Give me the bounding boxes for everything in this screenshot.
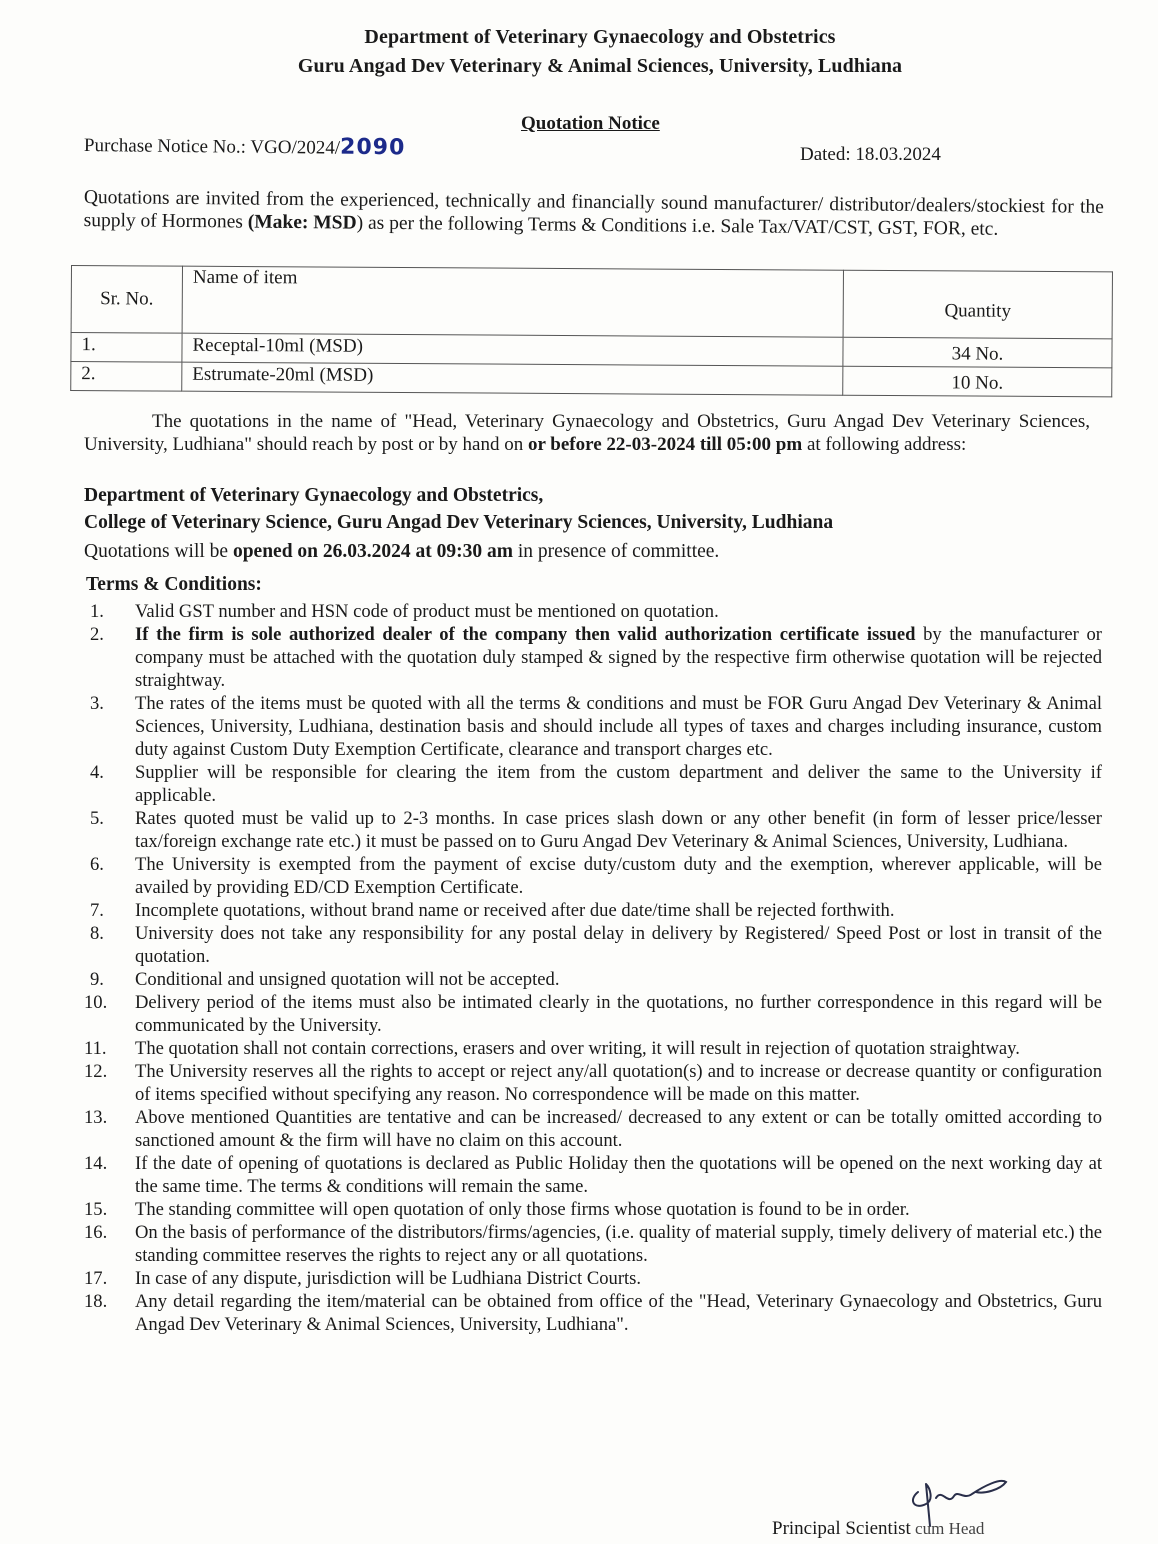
terms-item: 8.University does not take any responsib… (84, 922, 1102, 968)
opening-text-end: in presence of committee. (513, 541, 719, 562)
submission-text-end: at following address: (802, 434, 966, 455)
terms-item-number: 4. (90, 761, 104, 784)
terms-item-text: Above mentioned Quantities are tentative… (135, 1107, 1102, 1151)
terms-item-text: If the date of opening of quotations is … (135, 1153, 1102, 1197)
opening-date-time: opened on 26.03.2024 at 09:30 am (233, 541, 513, 562)
signatory-main: Principal Scientist (772, 1518, 911, 1539)
terms-item: 9.Conditional and unsigned quotation wil… (84, 968, 1102, 991)
table-row: 2. Estrumate-20ml (MSD) 10 No. (71, 362, 1112, 397)
terms-item-text: Delivery period of the items must also b… (135, 992, 1102, 1036)
intro-make-bold: (Make: MSD (248, 212, 357, 234)
opening-statement: Quotations will be opened on 26.03.2024 … (84, 541, 719, 563)
terms-item: 6.The University is exempted from the pa… (84, 853, 1102, 899)
terms-item: 1.Valid GST number and HSN code of produ… (84, 600, 1102, 623)
terms-item: 13.Above mentioned Quantities are tentat… (84, 1106, 1102, 1152)
terms-item-number: 15. (84, 1198, 107, 1221)
intro-text-end: ) as per the following Terms & Condition… (357, 213, 999, 240)
terms-item: 7.Incomplete quotations, without brand n… (84, 899, 1102, 922)
signatory-suffix: cum Head (911, 1519, 985, 1538)
terms-item-number: 3. (90, 692, 104, 715)
items-table-header: Sr. No. Name of item Quantity (71, 266, 1112, 339)
terms-item-number: 12. (84, 1060, 107, 1083)
row-quantity: 34 No. (843, 337, 1112, 368)
opening-text: Quotations will be (84, 541, 233, 562)
terms-item: 15.The standing committee will open quot… (84, 1198, 1102, 1221)
terms-item: 10.Delivery period of the items must als… (84, 991, 1102, 1037)
terms-item-number: 2. (90, 623, 104, 646)
terms-item-text: The rates of the items must be quoted wi… (135, 693, 1102, 760)
terms-item-text: Valid GST number and HSN code of product… (135, 601, 719, 622)
terms-item-text: The University is exempted from the paym… (135, 854, 1102, 898)
delivery-address: Department of Veterinary Gynaecology and… (84, 482, 833, 536)
terms-item-number: 17. (84, 1267, 107, 1290)
terms-item-text: The quotation shall not contain correcti… (135, 1038, 1020, 1059)
address-line-1: Department of Veterinary Gynaecology and… (84, 482, 833, 509)
terms-item: 3.The rates of the items must be quoted … (84, 692, 1102, 761)
terms-list: 1.Valid GST number and HSN code of produ… (84, 600, 1102, 1336)
terms-item: 12.The University reserves all the right… (84, 1060, 1102, 1106)
submission-paragraph: The quotations in the name of "Head, Vet… (84, 410, 1090, 456)
terms-item-number: 7. (90, 899, 104, 922)
terms-item: 4.Supplier will be responsible for clear… (84, 761, 1102, 807)
terms-item-text: Rates quoted must be valid up to 2-3 mon… (135, 808, 1102, 852)
terms-item-text: University does not take any responsibil… (135, 923, 1102, 967)
purchase-notice-number: Purchase Notice No.: VGO/2024/2090 (84, 132, 406, 160)
header-sr-no: Sr. No. (71, 266, 182, 334)
terms-item-text: The University reserves all the rights t… (135, 1061, 1102, 1105)
terms-item-number: 10. (84, 991, 107, 1014)
terms-item-number: 14. (84, 1152, 107, 1175)
row-sr-no: 1. (71, 333, 182, 363)
notice-date: Dated: 18.03.2024 (800, 144, 941, 166)
intro-paragraph: Quotations are invited from the experien… (84, 186, 1104, 242)
terms-item: 5.Rates quoted must be valid up to 2-3 m… (84, 807, 1102, 853)
terms-item-number: 9. (90, 968, 104, 991)
purchase-notice-label: Purchase Notice No.: VGO/2024/ (84, 135, 340, 159)
terms-item-text: Supplier will be responsible for clearin… (135, 762, 1102, 806)
row-sr-no: 2. (71, 362, 182, 392)
signatory-title: Principal Scientist cum Head (772, 1518, 984, 1540)
terms-item: 2.If the firm is sole authorized dealer … (84, 623, 1102, 692)
terms-item: 11.The quotation shall not contain corre… (84, 1037, 1102, 1060)
terms-item-text: The standing committee will open quotati… (135, 1199, 910, 1220)
terms-item-number: 6. (90, 853, 104, 876)
terms-item-text: Conditional and unsigned quotation will … (135, 969, 559, 990)
row-item-name: Receptal-10ml (MSD) (182, 333, 843, 366)
terms-item-text: On the basis of performance of the distr… (135, 1222, 1102, 1266)
header-quantity: Quantity (843, 270, 1112, 339)
terms-item-number: 16. (84, 1221, 107, 1244)
header-item-name: Name of item (182, 266, 843, 337)
address-line-2: College of Veterinary Science, Guru Anga… (84, 509, 833, 536)
terms-title: Terms & Conditions: (86, 574, 262, 596)
terms-item-number: 18. (84, 1290, 107, 1313)
row-item-name: Estrumate-20ml (MSD) (182, 362, 843, 395)
items-table: Sr. No. Name of item Quantity 1. Recepta… (70, 265, 1113, 397)
department-heading: Department of Veterinary Gynaecology and… (0, 26, 1158, 49)
terms-item-text: Any detail regarding the item/material c… (135, 1291, 1102, 1335)
terms-item: 16.On the basis of performance of the di… (84, 1221, 1102, 1267)
terms-item-number: 13. (84, 1106, 107, 1129)
terms-item: 14.If the date of opening of quotations … (84, 1152, 1102, 1198)
terms-item-bold: If the firm is sole authorized dealer of… (135, 624, 915, 645)
notice-title: Quotation Notice (521, 113, 660, 135)
handwritten-notice-number: 2090 (340, 135, 405, 161)
terms-item-text: Incomplete quotations, without brand nam… (135, 900, 894, 921)
row-quantity: 10 No. (843, 366, 1112, 397)
quotation-notice-page: Department of Veterinary Gynaecology and… (0, 0, 1158, 1544)
terms-item-number: 5. (90, 807, 104, 830)
terms-item: 17.In case of any dispute, jurisdiction … (84, 1267, 1102, 1290)
terms-item-number: 11. (84, 1037, 107, 1060)
terms-item-number: 1. (90, 600, 104, 623)
terms-item: 18.Any detail regarding the item/materia… (84, 1290, 1102, 1336)
submission-deadline: or before 22-03-2024 till 05:00 pm (528, 434, 802, 455)
terms-item-text: In case of any dispute, jurisdiction wil… (135, 1268, 641, 1289)
university-heading: Guru Angad Dev Veterinary & Animal Scien… (0, 55, 1158, 78)
terms-item-number: 8. (90, 922, 104, 945)
